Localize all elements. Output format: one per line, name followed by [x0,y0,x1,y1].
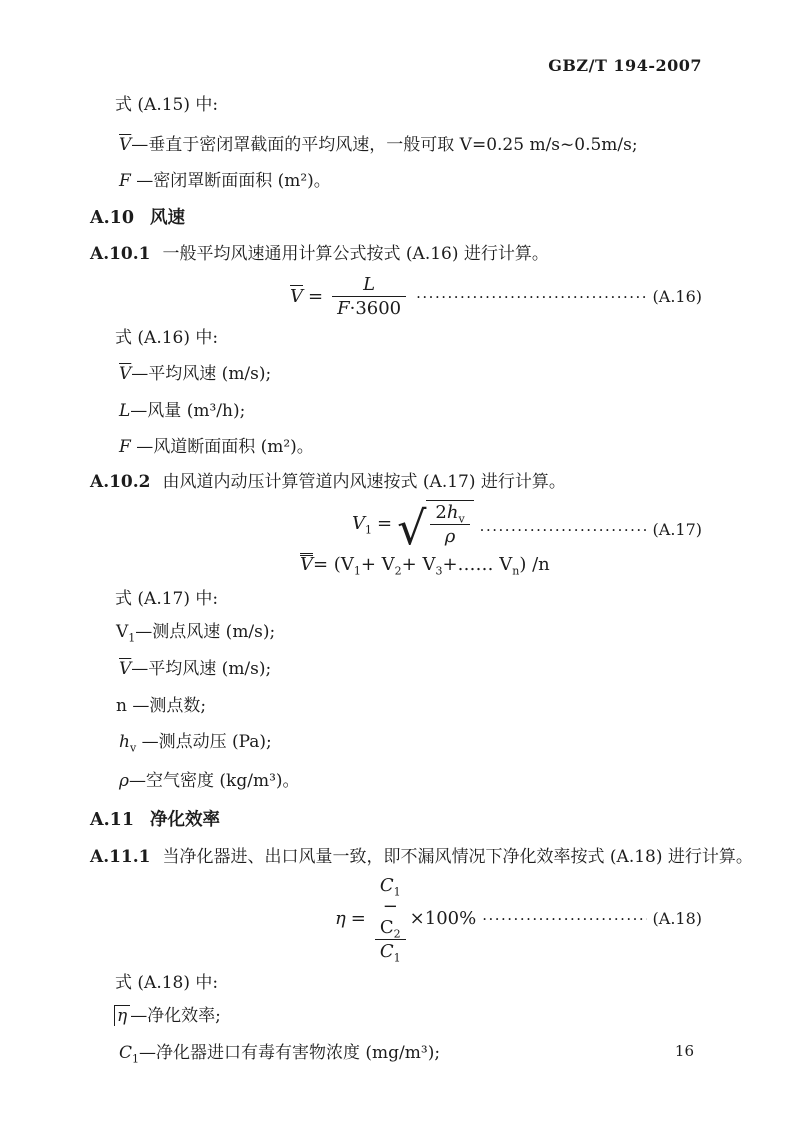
formula-a17-where: 式 (A.17) 中: [90,588,702,611]
subscript-1: 1 [394,952,401,965]
definition-text: —平均风速 (m/s); [131,364,271,384]
document-page: GBZ/T 194-2007 式 (A.15) 中: V—垂直于密闭罩截面的平均… [0,0,794,1122]
symbol-v1: V1 [352,513,372,534]
definition-line: ρ—空气密度 (kg/m³)。 [90,770,702,793]
constant-3600: 3600 [355,298,401,319]
symbol-vbar: V [290,286,303,307]
subscript-1: 1 [354,565,361,578]
definition-text: —测点数; [127,696,206,716]
section-title: 风速 [150,208,185,228]
fraction-numerator: L [332,274,406,297]
symbol-l: L [119,401,130,421]
section-number: A.11 [90,810,134,830]
subscript-1: 1 [132,1052,139,1065]
definition-text: —垂直于密闭罩截面的平均风速，一般可取 V=0.25 m/s~0.5m/s; [131,135,637,155]
definition-line: hv —测点动压 (Pa); [90,731,702,754]
symbol-vbar: V [119,659,131,679]
formula-a17: V1 = √ 2hv ρ ···························… [352,500,702,547]
formula-a18-where: 式 (A.18) 中: [90,972,702,995]
symbol-f: F [119,171,131,191]
definition-line: V—平均风速 (m/s); [90,658,702,681]
section-title: 净化效率 [150,810,220,830]
fraction: 2hv ρ [430,502,469,547]
clause-number: A.10.1 [90,244,151,264]
clause-text: 一般平均风速通用计算公式按式 (A.16) 进行计算。 [163,244,549,264]
fraction-numerator: C1 − C2 [375,875,406,940]
equation-text: ) /n [519,554,549,575]
definition-line: n —测点数; [90,695,702,718]
square-root: √ 2hv ρ [397,500,474,547]
subscript-v: v [458,513,464,526]
fraction-denominator: C1 [375,940,406,962]
definition-line: F —密闭罩断面面积 (m²)。 [90,170,702,193]
paragraph-a10-1: A.10.1一般平均风速通用计算公式按式 (A.16) 进行计算。 [90,243,702,266]
formula-tag: (A.17) [653,520,702,539]
symbol-eta: η [335,908,346,929]
symbol-c: C [380,941,394,962]
paragraph-a11-1: A.11.1当净化器进、出口风量一致，即不漏风情况下净化效率按式 (A.18) … [90,846,702,869]
symbol-v: V [116,622,128,642]
symbol-h: h [119,732,130,752]
equation-text: + V [402,554,436,575]
clause-number: A.10.2 [90,472,151,492]
fraction-denominator-rho: ρ [430,525,469,547]
definition-text: —净化器进口有毒有害物浓度 (mg/m³); [139,1043,440,1063]
symbol-h: h [447,502,459,523]
definition-line: C1—净化器进口有毒有害物浓度 (mg/m³); [90,1042,702,1065]
definition-text: —平均风速 (m/s); [131,659,271,679]
definition-text: —密闭罩断面面积 (m²)。 [136,171,331,191]
fraction-numerator: 2hv [430,502,469,525]
symbol-f: F [337,298,350,319]
coefficient-2: 2 [435,502,446,523]
definition-text: —风量 (m³/h); [130,401,245,421]
subscript-2: 2 [394,928,401,941]
formula-a16-body: V = L F·3600 [290,274,410,319]
fraction: L F·3600 [332,274,406,319]
symbol-v1: V1 [116,622,135,642]
equals-sign: = [351,908,366,929]
definition-line: V—平均风速 (m/s); [90,363,702,386]
symbol-eta: η [117,1006,127,1026]
definition-text: —测点风速 (m/s); [135,622,275,642]
clause-text: 由风道内动压计算管道内风速按式 (A.17) 进行计算。 [163,472,566,492]
subscript-1: 1 [365,524,372,537]
dots-leader: ········································… [480,521,647,539]
formula-tag: (A.16) [653,287,702,306]
subscript-2: 2 [395,565,402,578]
equals-sign: = [377,513,392,534]
equation-text: +…… V [442,554,512,575]
equation-text: = (V [313,554,354,575]
equals-sign: = [308,286,323,307]
symbol-rho: ρ [119,771,129,791]
symbol-c: C [380,875,394,896]
formula-tag: (A.18) [653,909,702,928]
section-heading-a11: A.11净化效率 [90,809,702,832]
section-heading-a10: A.10风速 [90,207,702,230]
radicand: 2hv ρ [426,500,473,547]
clause-number: A.11.1 [90,847,151,867]
formula-a18-body: η = C1 − C2 C1 ×100% [335,875,476,962]
fraction-denominator: F·3600 [332,297,406,319]
doc-number: GBZ/T 194-2007 [548,56,702,75]
radical-sign: √ [397,507,426,549]
formula-a15-where: 式 (A.15) 中: [90,94,702,117]
symbol-eta-framed: η [114,1005,130,1026]
definition-text: —测点动压 (Pa); [136,732,272,752]
symbol-f: F [119,437,131,457]
page-number: 16 [675,1042,694,1060]
symbol-vbar-double: V [300,555,313,575]
symbol-vbar: V [119,364,131,384]
symbol-v: V [352,513,365,534]
definition-line: V1—测点风速 (m/s); [90,621,702,644]
formula-a16-where: 式 (A.16) 中: [90,327,702,350]
definition-line: L—风量 (m³/h); [90,400,702,423]
definition-text: —风道断面面积 (m²)。 [136,437,314,457]
paragraph-a10-2: A.10.2由风道内动压计算管道内风速按式 (A.17) 进行计算。 [90,471,702,494]
definition-line: η—净化效率; [90,1005,702,1028]
symbol-n: n [116,696,127,716]
definition-text: —净化效率; [130,1006,221,1026]
formula-a18: η = C1 − C2 C1 ×100% ···················… [335,875,702,962]
equation-text: + V [361,554,395,575]
formula-a17-body: V1 = √ 2hv ρ [352,500,474,547]
symbol-vbar: V [119,135,131,155]
symbol-c1: C [119,1043,132,1063]
dots-leader: ········································… [482,910,646,928]
clause-text: 当净化器进、出口风量一致，即不漏风情况下净化效率按式 (A.18) 进行计算。 [163,847,753,867]
fraction: C1 − C2 C1 [375,875,406,962]
definition-line: V—垂直于密闭罩截面的平均风速，一般可取 V=0.25 m/s~0.5m/s; [90,134,702,157]
formula-a16: V = L F·3600 ···························… [290,274,702,319]
definition-line: F —风道断面面积 (m²)。 [90,436,702,459]
dots-leader: ········································… [416,288,646,306]
times-100-percent: ×100% [410,908,477,929]
definition-text: —空气密度 (kg/m³)。 [129,771,300,791]
mean-velocity-equation: V= (V1+ V2+ V3+…… Vn) /n [300,553,702,576]
section-number: A.10 [90,208,134,228]
page-content: 式 (A.15) 中: V—垂直于密闭罩截面的平均风速，一般可取 V=0.25 … [90,94,702,1065]
